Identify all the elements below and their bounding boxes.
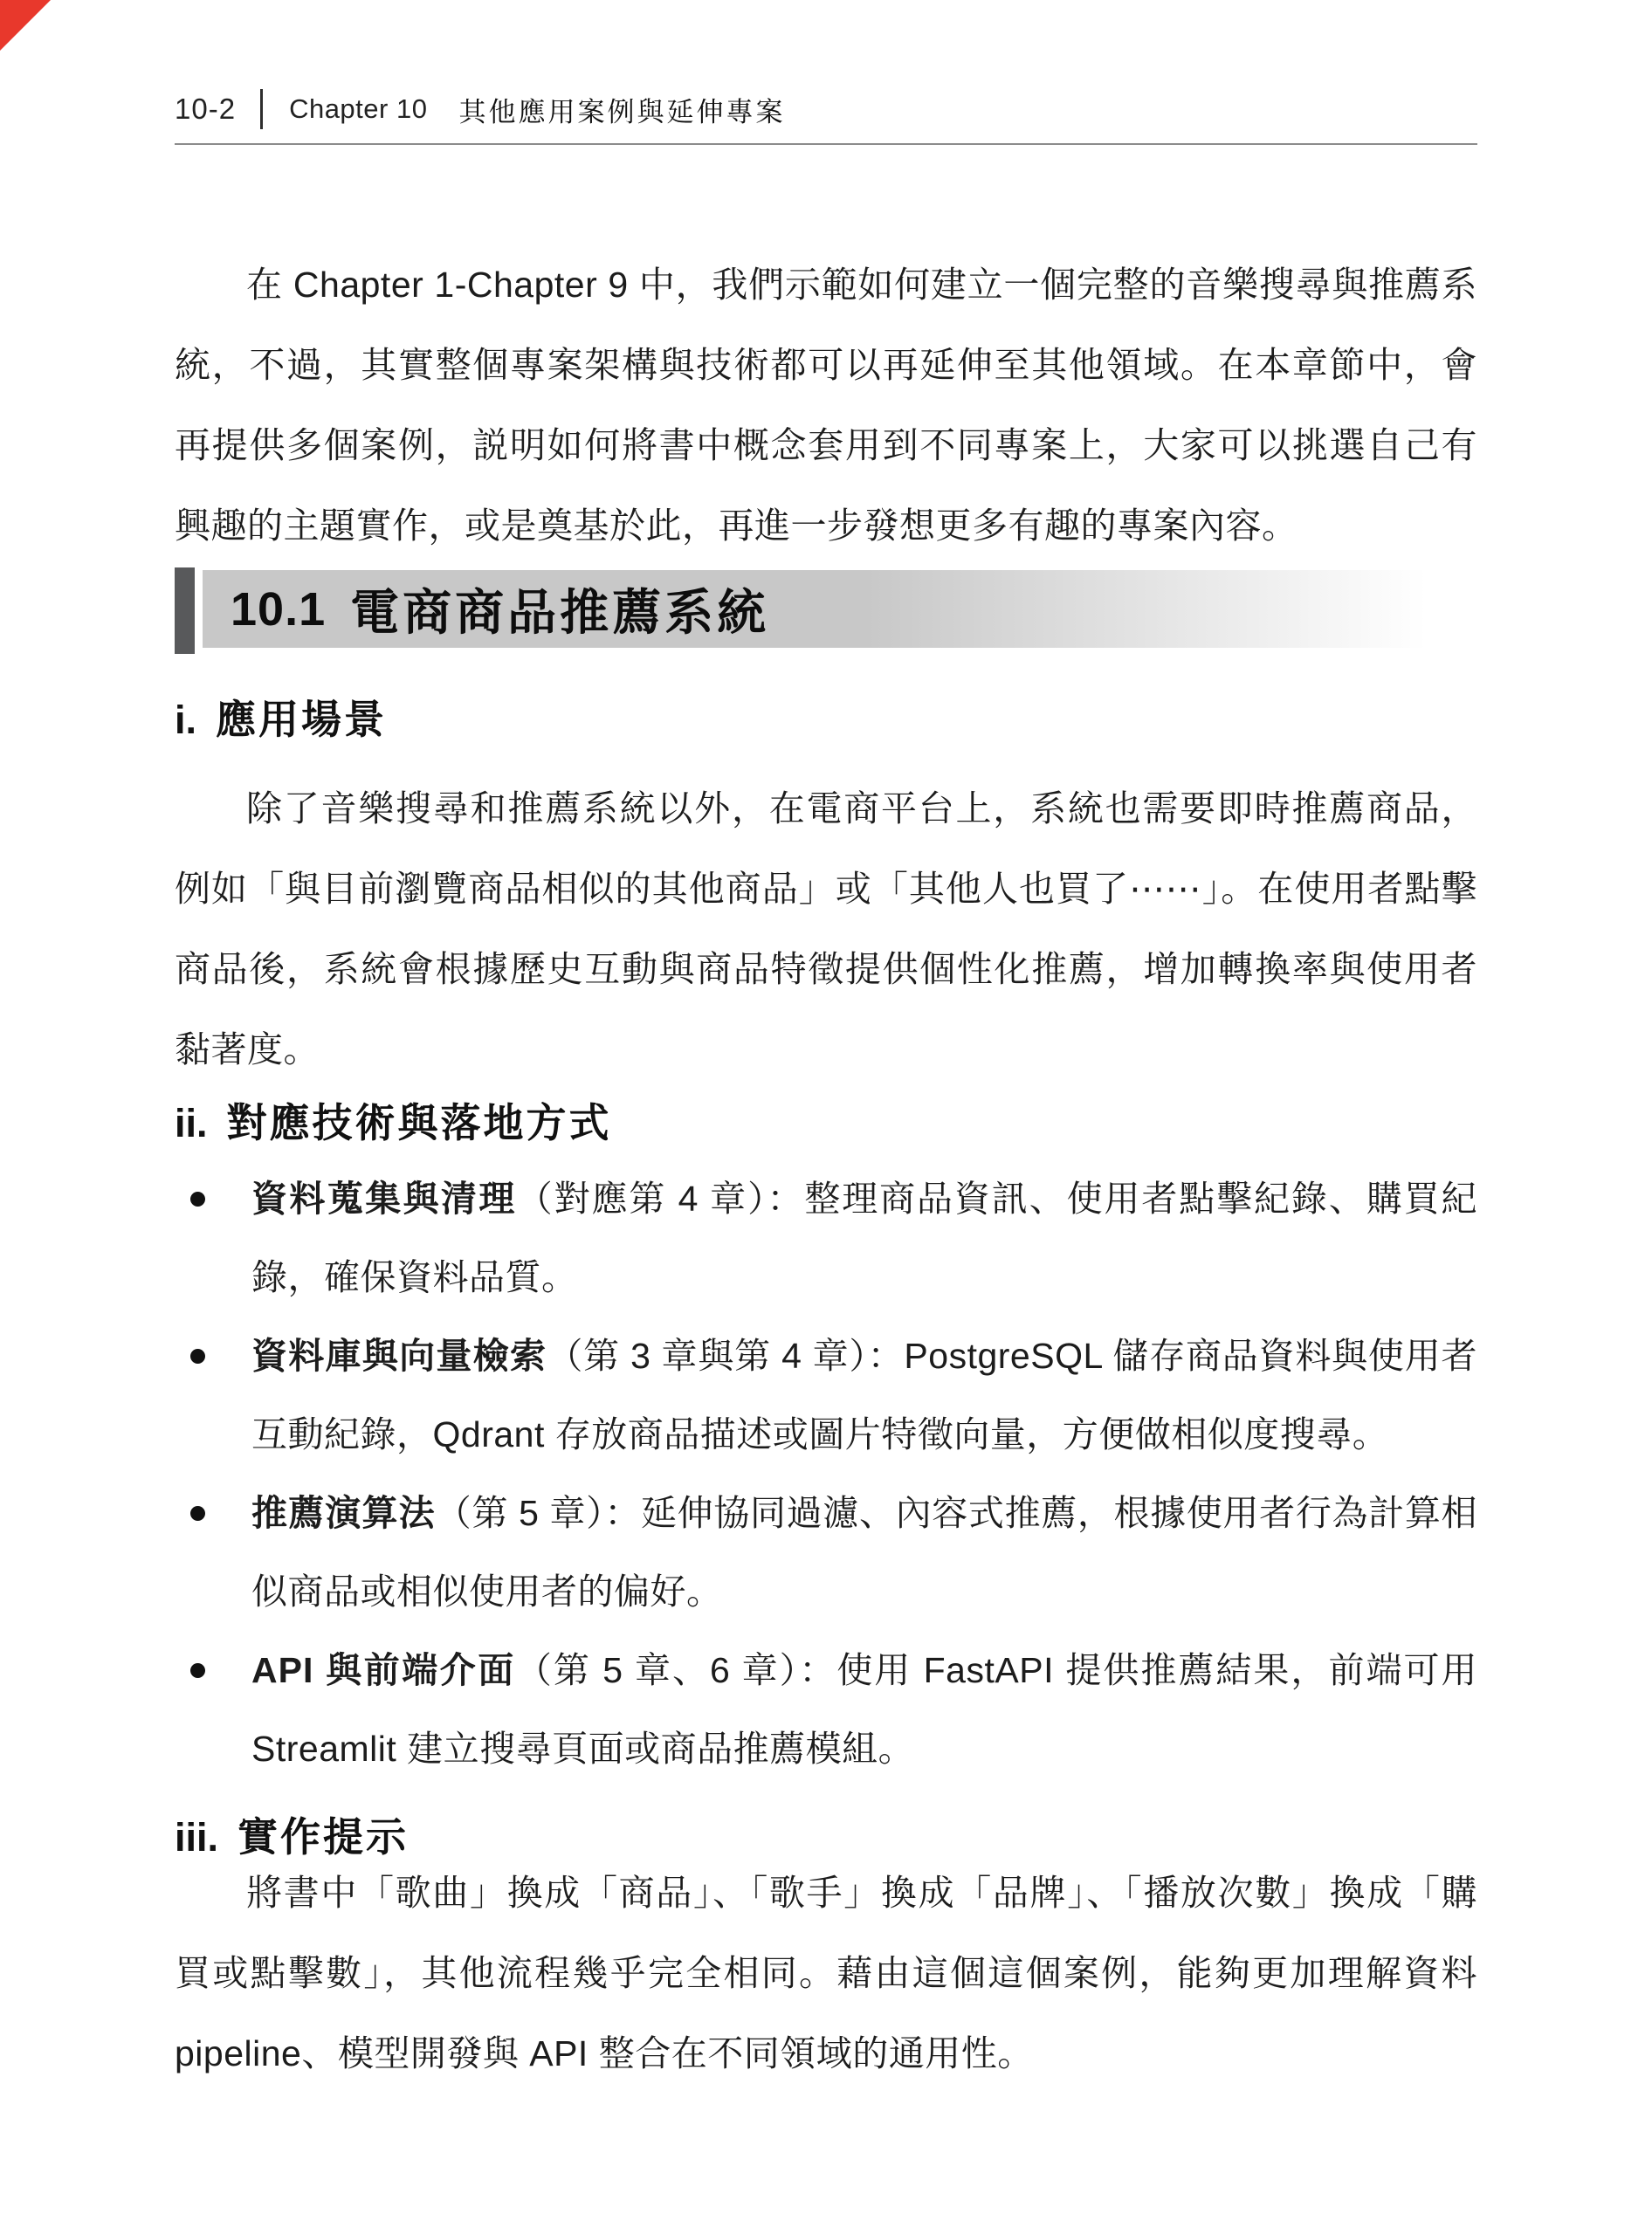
subsection-title: 對應技術與落地方式 [227, 1091, 612, 1149]
section-heading-10-1: 10.1 電商商品推薦系統 [175, 567, 1477, 655]
bullet-lead: 資料庫與向量檢索 [251, 1336, 547, 1376]
book-page: 10-2 Chapter 10 其他應用案例與延伸專案 在 Chapter 1-… [0, 0, 1652, 2235]
bullet-dot-icon [190, 1663, 205, 1678]
bullet-dot-icon [190, 1506, 205, 1521]
subsection-heading-ii: ii. 對應技術與落地方式 [175, 1091, 1477, 1138]
bullet-item: API 與前端介面（第 5 章、6 章）：使用 FastAPI 提供推薦結果，前… [175, 1631, 1477, 1788]
subsection-heading-iii: iii. 實作提示 [175, 1805, 1477, 1853]
bullet-lead: API 與前端介面 [251, 1650, 516, 1690]
running-header: 10-2 Chapter 10 其他應用案例與延伸專案 [175, 87, 1477, 131]
subsection-title: 應用場景 [216, 688, 387, 746]
subsection-i-paragraph: 除了音樂搜尋和推薦系統以外，在電商平台上，系統也需要即時推薦商品，例如「與目前瀏… [175, 768, 1477, 1090]
section-title: 電商商品推薦系統 [350, 574, 769, 644]
intro-paragraph: 在 Chapter 1-Chapter 9 中，我們示範如何建立一個完整的音樂搜… [175, 244, 1477, 566]
subsection-heading-i: i. 應用場景 [175, 688, 1477, 735]
bullet-dot-icon [190, 1192, 205, 1207]
subsection-label: i. [175, 698, 196, 743]
subsection-label: iii. [175, 1815, 218, 1860]
bullet-lead: 資料蒐集與清理 [251, 1179, 517, 1219]
header-rule [175, 143, 1477, 145]
technique-bullet-list: 資料蒐集與清理（對應第 4 章）：整理商品資訊、使用者點擊紀錄、購買紀錄，確保資… [175, 1159, 1477, 1788]
bullet-lead: 推薦演算法 [251, 1493, 436, 1533]
chapter-title: 其他應用案例與延伸專案 [458, 90, 785, 129]
chapter-label: Chapter 10 [289, 93, 427, 125]
bullet-item: 推薦演算法（第 5 章）：延伸協同過濾、內容式推薦，根據使用者行為計算相似商品或… [175, 1474, 1477, 1631]
bullet-item: 資料庫與向量檢索（第 3 章與第 4 章）：PostgreSQL 儲存商品資料與… [175, 1317, 1477, 1474]
section-accent-bar [175, 567, 195, 654]
page-number: 10-2 [175, 93, 236, 126]
section-number: 10.1 [231, 582, 326, 636]
bullet-text: （第 5 章）：延伸協同過濾、內容式推薦，根據使用者行為計算相似商品或相似使用者… [251, 1493, 1477, 1612]
subsection-iii-paragraph: 將書中「歌曲」換成「商品」、「歌手」換成「品牌」、「播放次數」換成「購買或點擊數… [175, 1853, 1477, 2094]
bullet-item: 資料蒐集與清理（對應第 4 章）：整理商品資訊、使用者點擊紀錄、購買紀錄，確保資… [175, 1159, 1477, 1317]
bullet-dot-icon [190, 1349, 205, 1364]
subsection-label: ii. [175, 1101, 208, 1146]
header-separator-bar [260, 89, 263, 129]
section-title-bar: 10.1 電商商品推薦系統 [203, 570, 1477, 648]
